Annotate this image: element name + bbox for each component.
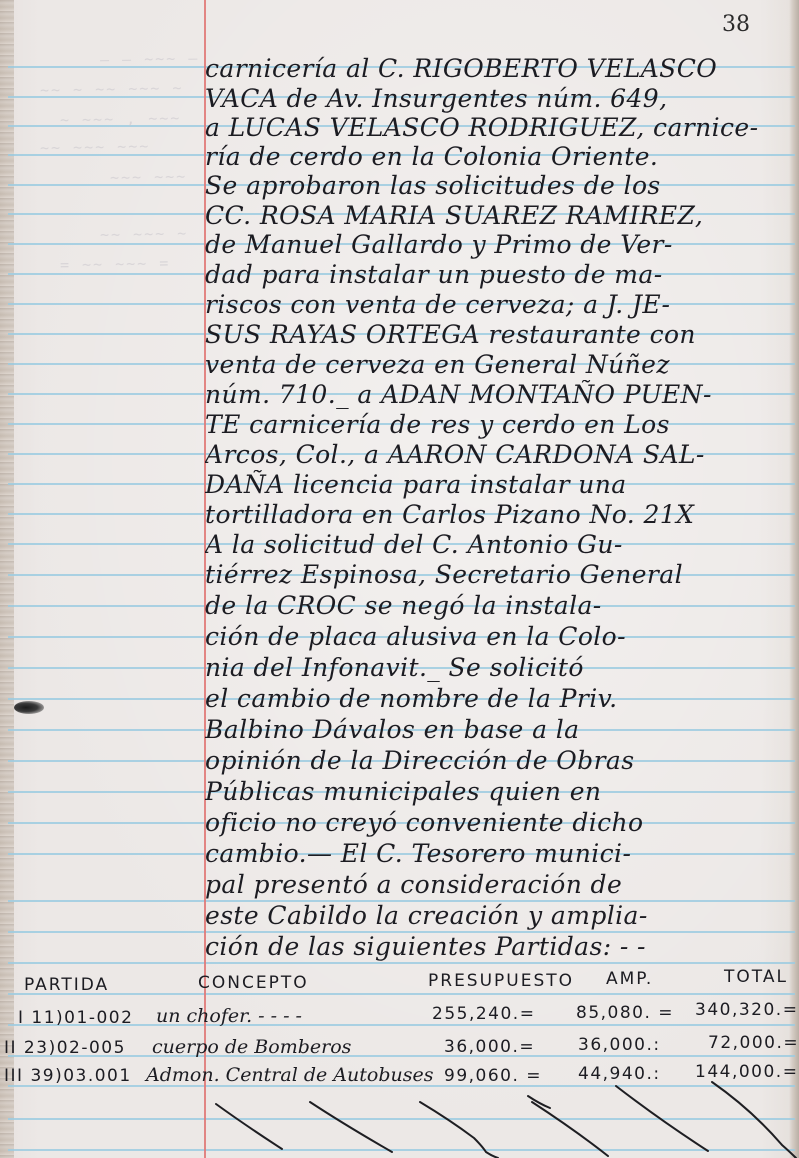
table-cell-amp: 85,080. = — [576, 1003, 674, 1023]
text-line: ción de las siguientes Partidas: - - — [205, 932, 795, 962]
text-line: tiérrez Espinosa, Secretario General — [205, 560, 795, 590]
text-line: tortilladora en Carlos Pizano No. 21X — [205, 500, 795, 530]
blue-rule-line — [8, 1055, 795, 1057]
table-cell-concepto: Admon. Central de Autobuses — [146, 1064, 433, 1086]
text-line: carnicería al C. RIGOBERTO VELASCO — [205, 54, 795, 84]
text-line: venta de cerveza en General Núñez — [205, 350, 795, 380]
text-line: Se aprobaron las solicitudes de los — [205, 171, 795, 201]
text-line: el cambio de nombre de la Priv. — [205, 684, 795, 714]
table-cell-concepto: un chofer. - - - - — [156, 1005, 302, 1027]
table-cell-total: 72,000.= — [708, 1033, 799, 1053]
text-line: ción de placa alusiva en la Colo- — [205, 622, 795, 652]
text-line: A la solicitud del C. Antonio Gu- — [205, 530, 795, 560]
table-cell-presupuesto: 36,000.= — [444, 1037, 535, 1057]
bleed-through-mark: ~~ ~~~ ~ — [100, 224, 189, 244]
text-line: TE carnicería de res y cerdo en Los — [205, 410, 795, 440]
text-line: SUS RAYAS ORTEGA restaurante con — [205, 320, 795, 350]
column-header-partida: PARTIDA — [24, 975, 109, 995]
text-line: a LUCAS VELASCO RODRIGUEZ, carnice- — [205, 113, 795, 143]
text-line: nia del Infonavit._ Se solicitó — [205, 653, 795, 683]
table-cell-total: 340,320.= — [695, 1000, 798, 1020]
text-line: Balbino Dávalos en base a la — [205, 715, 795, 745]
column-header-presupuesto: PRESUPUESTO — [428, 971, 574, 991]
blue-rule-line — [8, 1149, 795, 1151]
ledger-page: — — ~~~ — ~~ ~ ~~ ~~~ ~ ~ ~~~ , ~~~ ~~ ~… — [0, 0, 799, 1158]
bleed-through-mark: ~~ ~ ~~ ~~~ ~ — [40, 79, 184, 100]
text-line: de Manuel Gallardo y Primo de Ver- — [205, 230, 795, 260]
text-line: DAÑA licencia para instalar una — [205, 470, 795, 500]
text-line: opinión de la Dirección de Obras — [205, 746, 795, 776]
text-line: VACA de Av. Insurgentes núm. 649, — [205, 84, 795, 114]
text-line: riscos con venta de cerveza; a J. JE- — [205, 290, 795, 320]
column-header-total: TOTAL — [724, 967, 788, 987]
table-cell-partida: II 23)02-005 — [4, 1038, 126, 1058]
ink-blot — [14, 701, 44, 714]
bleed-through-mark: — — ~~~ — — [100, 49, 200, 69]
blue-rule-line — [8, 962, 795, 964]
table-cell-partida: I 11)01-002 — [18, 1008, 133, 1028]
bleed-through-mark: ~ ~~~ , ~~~ — [60, 109, 182, 129]
bleed-through-mark: = ~~ ~~~ = — [60, 254, 171, 274]
table-cell-amp: 44,940.: — [578, 1064, 661, 1084]
text-line: pal presentó a consideración de — [205, 870, 795, 900]
blue-rule-line — [8, 1118, 795, 1120]
table-cell-amp: 36,000.: — [578, 1035, 661, 1055]
table-cell-total: 144,000.= — [695, 1062, 798, 1082]
text-line: Públicas municipales quien en — [205, 777, 795, 807]
column-header-concepto: CONCEPTO — [198, 973, 309, 993]
text-line: de la CROC se negó la instala- — [205, 591, 795, 621]
table-cell-concepto: cuerpo de Bomberos — [152, 1036, 351, 1058]
bleed-through-mark: ~~~ ~~~ — [110, 167, 188, 186]
column-header-amp: AMP. — [606, 969, 653, 989]
page-number: 38 — [722, 12, 750, 37]
text-line: ría de cerdo en la Colonia Oriente. — [205, 142, 795, 172]
text-line: este Cabildo la creación y amplia- — [205, 901, 795, 931]
text-line: oficio no creyó conveniente dicho — [205, 808, 795, 838]
table-cell-presupuesto: 255,240.= — [432, 1004, 535, 1024]
text-line: cambio.— El C. Tesorero munici- — [205, 839, 795, 869]
text-line: CC. ROSA MARIA SUAREZ RAMIREZ, — [205, 201, 795, 231]
text-line: dad para instalar un puesto de ma- — [205, 260, 795, 290]
bleed-through-mark: ~~ ~~~ ~~~ — [40, 137, 151, 157]
table-cell-partida: III 39)03.001 — [4, 1066, 132, 1086]
text-line: Arcos, Col., a AARON CARDONA SAL- — [205, 440, 795, 470]
table-cell-presupuesto: 99,060. = — [444, 1066, 542, 1086]
text-line: núm. 710._ a ADAN MONTAÑO PUEN- — [205, 380, 795, 410]
blue-rule-line — [8, 993, 795, 995]
